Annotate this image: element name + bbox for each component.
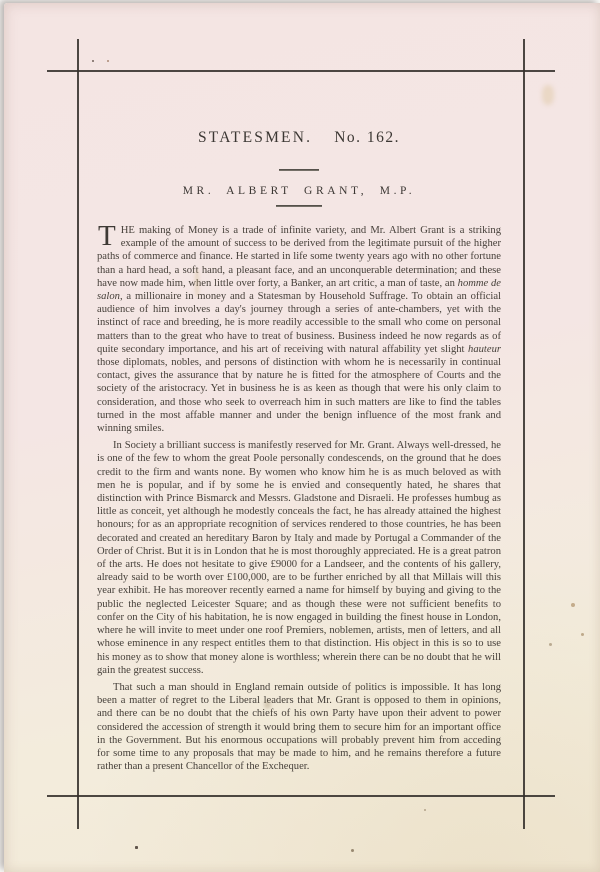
paragraph: In Society a brilliant success is manife… [97, 439, 501, 677]
text-run: That such a man should in England remain… [97, 682, 501, 772]
frame-border-right [523, 39, 525, 829]
article-body: THE making of Money is a trade of infini… [97, 224, 501, 773]
series-title: STATESMEN. [198, 129, 312, 146]
foxing-spot [424, 809, 426, 811]
italic-phrase: hauteur [468, 344, 501, 355]
paragraph: THE making of Money is a trade of infini… [97, 224, 501, 435]
divider-rule [276, 205, 322, 207]
page-content: STATESMEN.No. 162. MR. ALBERT GRANT, M.P… [97, 129, 501, 777]
scanned-document-page: STATESMEN.No. 162. MR. ALBERT GRANT, M.P… [0, 0, 600, 872]
foxing-spot [107, 60, 109, 62]
foxing-spot [571, 603, 575, 607]
drop-cap: T [97, 224, 121, 248]
text-run: , a millionaire in money and a Statesman… [97, 291, 501, 355]
stain-mark [542, 85, 554, 105]
foxing-spot [135, 846, 138, 849]
frame-border-top [47, 70, 555, 72]
issue-number: No. 162. [334, 129, 400, 146]
paragraph: That such a man should in England remain… [97, 681, 501, 773]
text-run: those diplomats, nobles, and persons of … [97, 357, 501, 434]
foxing-spot [581, 633, 584, 636]
divider-rule [279, 169, 319, 171]
foxing-spot [351, 849, 354, 852]
paper-sheet: STATESMEN.No. 162. MR. ALBERT GRANT, M.P… [4, 3, 600, 872]
foxing-spot [92, 60, 94, 62]
series-heading: STATESMEN.No. 162. [97, 129, 501, 147]
text-run: HE making of Money is a trade of infinit… [97, 225, 501, 289]
frame-border-left [77, 39, 79, 829]
frame-border-bottom [47, 795, 555, 797]
text-run: In Society a brilliant success is manife… [97, 440, 501, 675]
foxing-spot [549, 643, 552, 646]
subject-title: MR. ALBERT GRANT, M.P. [97, 185, 501, 197]
